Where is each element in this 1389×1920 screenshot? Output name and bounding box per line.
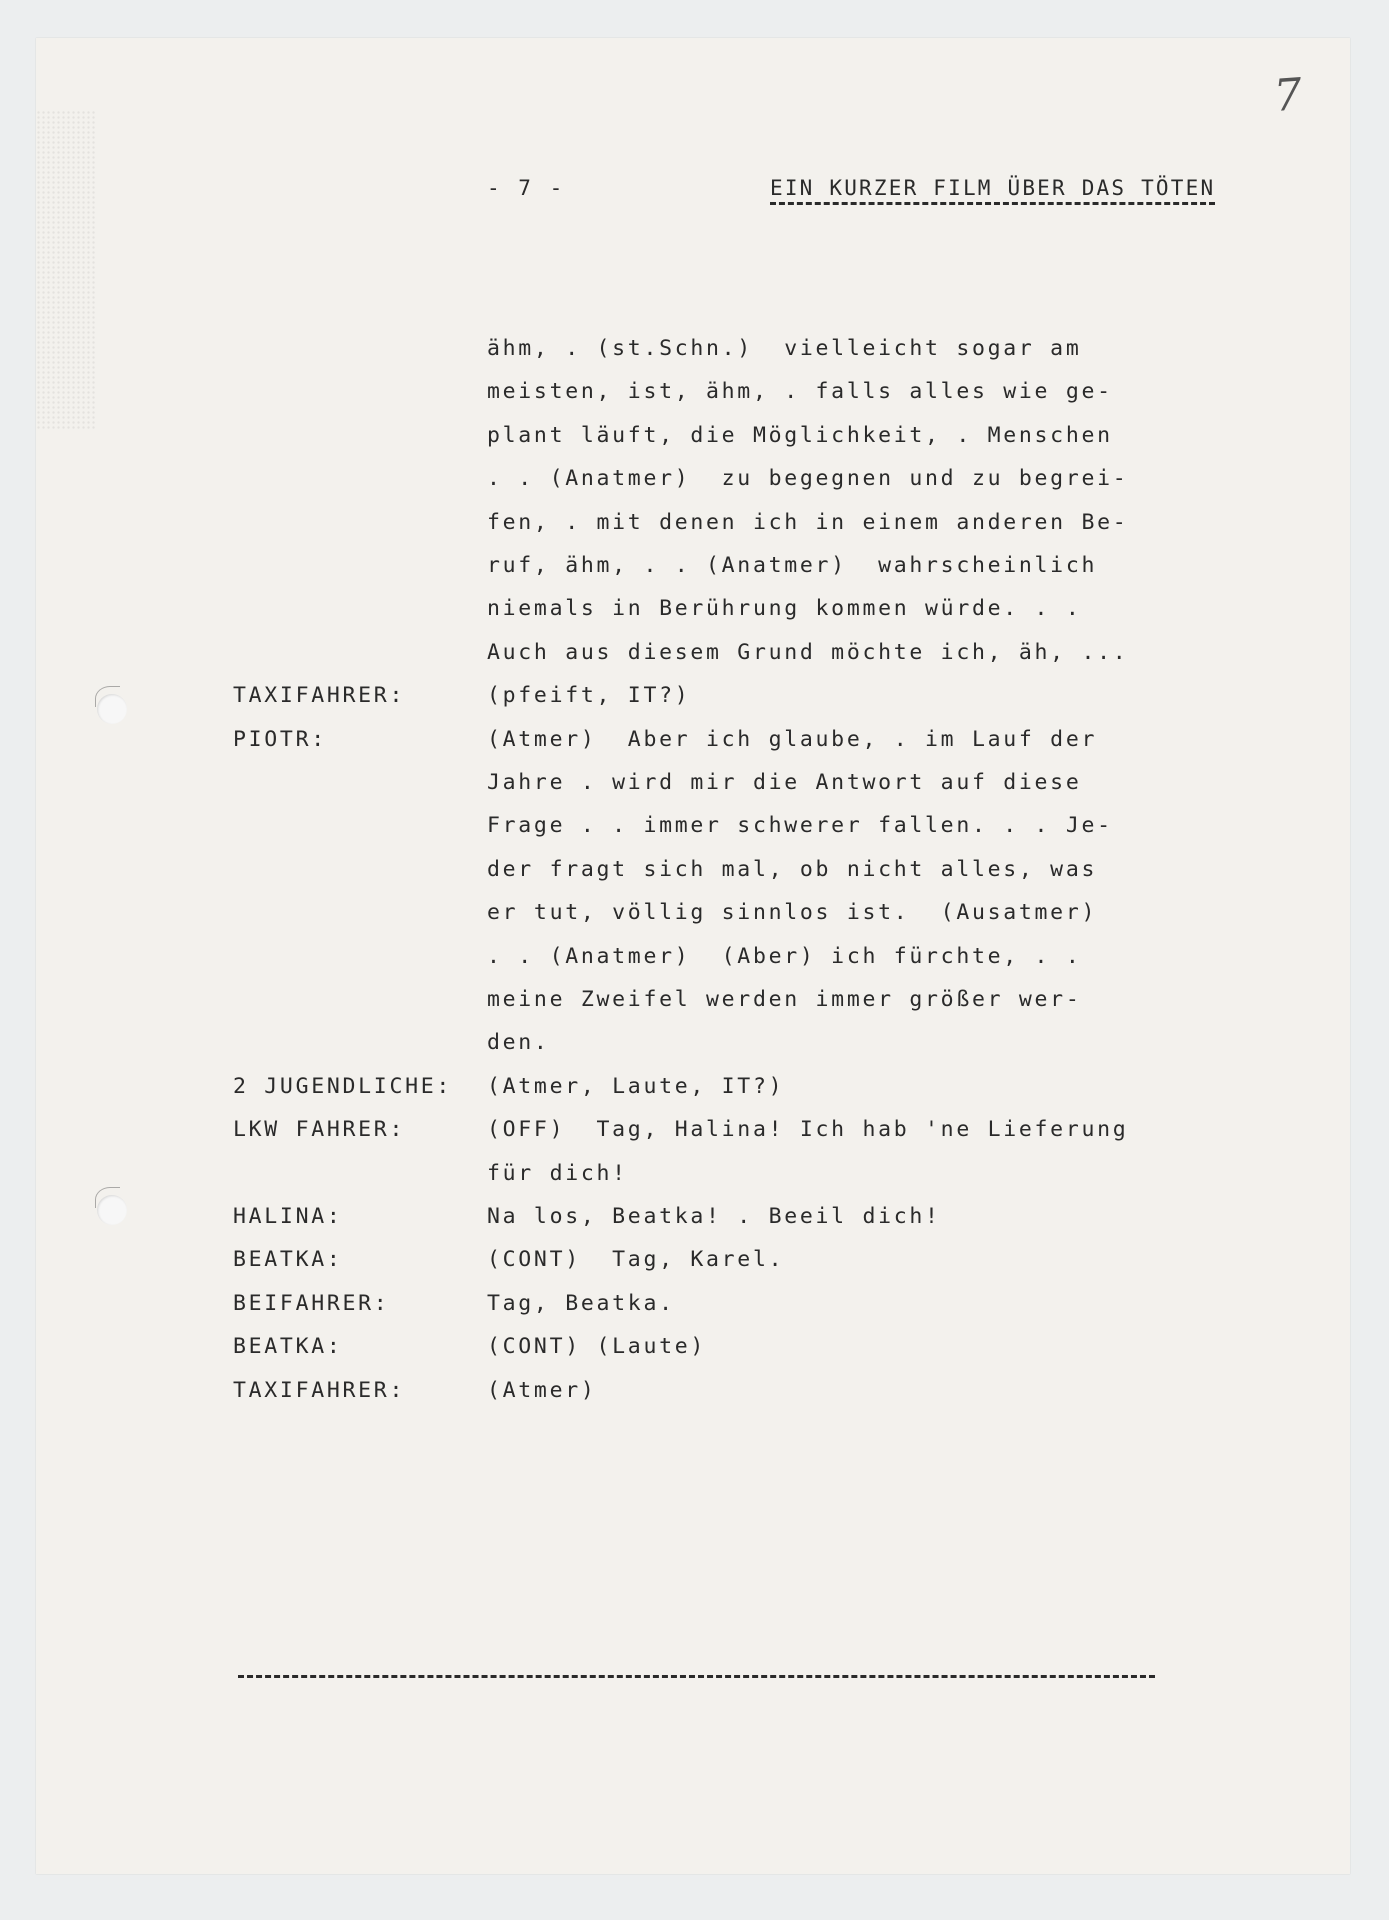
dialogue-line: . . (Anatmer) zu begegnen und zu begrei- (487, 464, 1128, 494)
dialogue-line: (Atmer) Aber ich glaube, . im Lauf der (487, 725, 1097, 755)
dialogue-line: er tut, völlig sinnlos ist. (Ausatmer) (487, 898, 1097, 928)
dialogue-line: (Atmer, Laute, IT?) (487, 1072, 784, 1102)
dialogue-line: meisten, ist, ähm, . falls alles wie ge- (487, 377, 1113, 407)
page-number-label: - 7 - (487, 176, 565, 200)
scan-bleed-through (36, 110, 96, 430)
dialogue-line: (CONT) Tag, Karel. (487, 1245, 784, 1275)
speaker-name: 2 JUGENDLICHE: (233, 1072, 452, 1102)
dialogue-line: niemals in Berührung kommen würde. . . (487, 594, 1081, 624)
dialogue-line: (pfeift, IT?) (487, 681, 690, 711)
dialogue-line: Jahre . wird mir die Antwort auf diese (487, 768, 1081, 798)
speaker-name: TAXIFAHRER: (233, 681, 405, 711)
dialogue-line: Na los, Beatka! . Beeil dich! (487, 1202, 941, 1232)
dialogue-line: fen, . mit denen ich in einem anderen Be… (487, 508, 1128, 538)
handwritten-page-number: 7 (1272, 69, 1303, 122)
dialogue-line: Tag, Beatka. (487, 1289, 675, 1319)
dialogue-line: (CONT) (Laute) (487, 1332, 706, 1362)
dialogue-line: meine Zweifel werden immer größer wer- (487, 985, 1081, 1015)
dialogue-line: der fragt sich mal, ob nicht alles, was (487, 855, 1097, 885)
document-title: EIN KURZER FILM ÜBER DAS TÖTEN (770, 176, 1215, 205)
dialogue-line: (Atmer) (487, 1376, 597, 1406)
dialogue-line: Auch aus diesem Grund möchte ich, äh, ..… (487, 638, 1128, 668)
punch-hole-icon (97, 694, 127, 724)
dialogue-line: den. (487, 1028, 550, 1058)
speaker-name: BEIFAHRER: (233, 1289, 389, 1319)
bottom-divider (238, 1675, 1155, 1678)
dialogue-line: für dich! (487, 1159, 628, 1189)
dialogue-line: . . (Anatmer) (Aber) ich fürchte, . . (487, 942, 1081, 972)
dialogue-line: ruf, ähm, . . (Anatmer) wahrscheinlich (487, 551, 1097, 581)
punch-hole-icon (97, 1195, 127, 1225)
dialogue-line: plant läuft, die Möglichkeit, . Menschen (487, 421, 1113, 451)
speaker-name: PIOTR: (233, 725, 327, 755)
speaker-name: LKW FAHRER: (233, 1115, 405, 1145)
dialogue-line: Frage . . immer schwerer fallen. . . Je- (487, 811, 1113, 841)
speaker-name: BEATKA: (233, 1332, 343, 1362)
speaker-name: HALINA: (233, 1202, 343, 1232)
dialogue-line: (OFF) Tag, Halina! Ich hab 'ne Lieferung (487, 1115, 1128, 1145)
dialogue-line: ähm, . (st.Schn.) vielleicht sogar am (487, 334, 1081, 364)
speaker-name: BEATKA: (233, 1245, 343, 1275)
speaker-name: TAXIFAHRER: (233, 1376, 405, 1406)
